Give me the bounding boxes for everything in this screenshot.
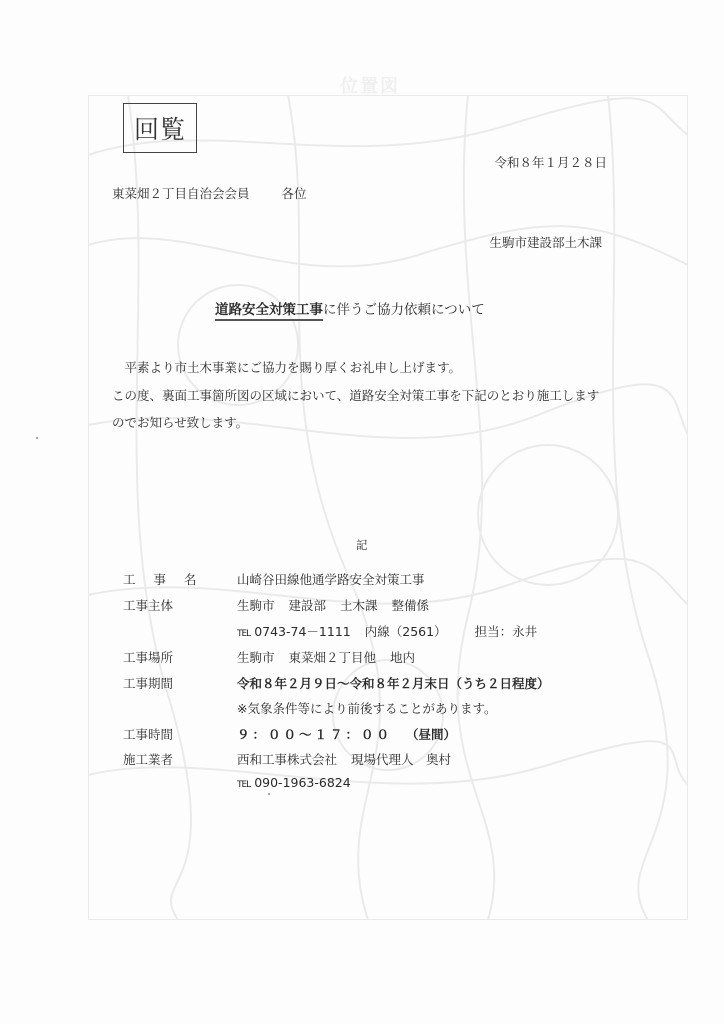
label-location: 工事場所 — [123, 648, 173, 666]
body-paragraph-2: この度、裏面工事箇所図の区域において、道路安全対策工事を下記のとおり施工します — [112, 386, 599, 404]
circulation-stamp: 回覧 — [123, 103, 197, 153]
contractor-agent: 現場代理人 奥村 — [351, 752, 451, 767]
contractor-company: 西和工事株式会社 — [237, 752, 337, 767]
label-period: 工事期間 — [123, 674, 173, 692]
location-suffix: 地内 — [390, 650, 415, 665]
subject-rest: に伴うご協力依頼について — [323, 302, 485, 318]
subject-title: 道路安全対策工事に伴うご協力依頼について — [215, 298, 485, 318]
value-project-name: 山崎谷田線他通学路安全対策工事 — [237, 570, 425, 588]
location-city: 生駒市 — [237, 650, 275, 665]
label-project-name: 工 事 名 — [123, 570, 203, 588]
scan-speck — [36, 437, 38, 439]
client-section: 整備係 — [392, 598, 430, 613]
value-contractor-tel: TEL090-1963-6824 — [237, 775, 351, 790]
addressee: 東菜畑２丁目自治会会員各位 — [112, 184, 307, 202]
location-area: 東菜畑２丁目他 — [289, 650, 377, 665]
value-period: 令和８年２月９日～令和８年２月末日（うち２日程度） — [237, 674, 550, 692]
subject-emphasis: 道路安全対策工事 — [215, 302, 323, 321]
client-department: 建設部 — [289, 598, 327, 613]
ki-heading: 記 — [356, 537, 368, 553]
value-client-contact: TEL0743-74－1111内線（2561）担当：永井 — [237, 622, 537, 640]
addressee-name: 東菜畑２丁目自治会会員 — [112, 186, 250, 201]
document-date: 令和８年１月２８日 — [494, 153, 607, 171]
addressee-honorific: 各位 — [282, 186, 307, 201]
value-contractor: 西和工事株式会社現場代理人 奥村 — [237, 750, 451, 768]
period-note: ※気象条件等により前後することがあります。 — [237, 699, 496, 717]
value-client-org: 生駒市建設部土木課整備係 — [237, 596, 429, 614]
client-tel: 0743-74－1111 — [254, 624, 351, 639]
label-hours: 工事時間 — [123, 725, 173, 743]
label-client: 工事主体 — [123, 596, 173, 614]
tel-prefix: TEL — [237, 780, 250, 790]
body-paragraph-1: 平素より市土木事業にご協力を賜り厚くお礼申し上げます。 — [112, 358, 461, 376]
background-map-showthrough — [88, 95, 688, 920]
body-paragraph-3: のでお知らせ致します。 — [112, 413, 248, 431]
scan-speck — [268, 793, 270, 795]
client-contact-person: 担当：永井 — [475, 624, 538, 639]
sender: 生駒市建設部土木課 — [489, 233, 602, 251]
contractor-tel: 090-1963-6824 — [254, 775, 351, 790]
client-extension: 内線（2561） — [365, 624, 447, 639]
label-contractor: 施工業者 — [123, 750, 173, 768]
hours-suffix: （昼間） — [406, 727, 456, 742]
hours-range: ９：００～１７：００ — [237, 727, 392, 742]
client-division: 土木課 — [340, 598, 378, 613]
tel-prefix: TEL — [237, 629, 250, 639]
value-hours: ９：００～１７：００（昼間） — [237, 725, 456, 743]
value-location: 生駒市東菜畑２丁目他地内 — [237, 648, 415, 666]
client-city: 生駒市 — [237, 598, 275, 613]
background-title: 位置図 — [340, 72, 400, 98]
